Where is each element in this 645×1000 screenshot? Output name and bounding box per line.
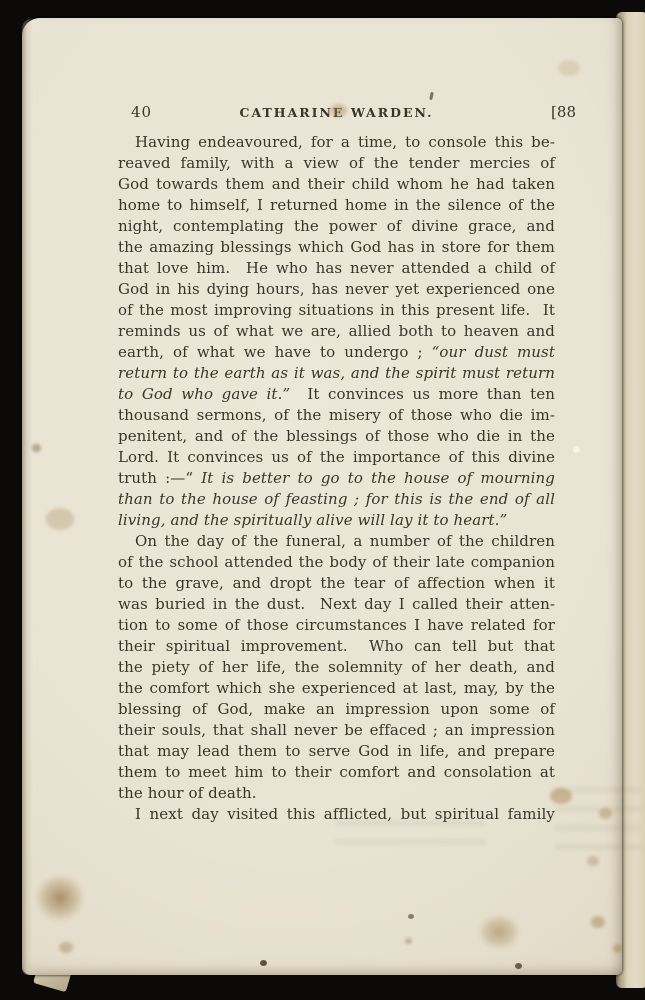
body-text-run: was buried in the dust. Next day I calle… <box>118 595 555 613</box>
body-text-run: God in his dying hours, has never yet ex… <box>118 280 555 298</box>
text-line: that may lead them to serve God in life,… <box>118 741 555 762</box>
paragraph: Having endeavoured, for a time, to conso… <box>118 132 555 531</box>
foxing-stain <box>478 914 520 950</box>
text-line: that love him. He who has never attended… <box>118 258 555 279</box>
foxing-stain <box>405 938 412 944</box>
text-line: return to the earth as it was, and the s… <box>118 363 555 384</box>
text-line: living, and the spiritually alive will l… <box>118 510 555 531</box>
text-line: God in his dying hours, has never yet ex… <box>118 279 555 300</box>
body-text-run: to the grave, and dropt the tear of affe… <box>118 574 555 592</box>
foxing-stain <box>558 60 580 76</box>
text-line: their souls, that shall never be effaced… <box>118 720 555 741</box>
show-through-text <box>335 815 485 851</box>
text-line: the piety of her life, the solemnity of … <box>118 657 555 678</box>
body-text-run: truth :—“ <box>118 469 201 487</box>
text-line: On the day of the funeral, a number of t… <box>118 531 555 552</box>
foxing-stain <box>599 808 612 819</box>
foxing-stain <box>46 508 74 530</box>
text-line: blessing of God, make an impression upon… <box>118 699 555 720</box>
body-text-run: reaved family, with a view of the tender… <box>118 154 555 172</box>
text-line: them to meet him to their comfort and co… <box>118 762 555 783</box>
signature-mark: [88 <box>551 103 576 121</box>
text-line: the amazing blessings which God has in s… <box>118 237 555 258</box>
text-line: reminds us of what we are, allied both t… <box>118 321 555 342</box>
text-line: than to the house of feasting ; for this… <box>118 489 555 510</box>
paragraph: On the day of the funeral, a number of t… <box>118 531 555 804</box>
text-line: the hour of death. <box>118 783 555 804</box>
scripture-quote-italic: It is better to go to the house of mourn… <box>201 469 555 487</box>
body-text-run: the amazing blessings which God has in s… <box>118 238 555 256</box>
body-text-run: them to meet him to their comfort and co… <box>118 763 555 781</box>
text-line: of the most improving situations in this… <box>118 300 555 321</box>
foxing-stain <box>330 104 347 117</box>
scripture-quote-italic: return to the earth as it was, and the s… <box>118 364 555 382</box>
body-text-run: reminds us of what we are, allied both t… <box>118 322 555 340</box>
scripture-quote-italic: than to the house of feasting ; for this… <box>118 490 555 508</box>
body-text-run: the piety of her life, the solemnity of … <box>118 658 555 676</box>
ink-speck <box>408 914 414 919</box>
body-text-run: the hour of death. <box>118 784 257 802</box>
foxing-stain <box>587 856 599 866</box>
text-line: tion to some of those circumstances I ha… <box>118 615 555 636</box>
body-text-run: home to himself, I returned home in the … <box>118 196 555 214</box>
body-text-run: of the school attended the body of their… <box>118 553 555 571</box>
text-line: thousand sermons, of the misery of those… <box>118 405 555 426</box>
text-line: their spiritual improvement. Who can tel… <box>118 636 555 657</box>
text-line: earth, of what we have to undergo ; “our… <box>118 342 555 363</box>
foxing-stain <box>35 874 85 922</box>
scripture-quote-italic: to God who gave it.” <box>118 385 290 403</box>
page-body-text: Having endeavoured, for a time, to conso… <box>118 132 555 825</box>
body-text-run: that may lead them to serve God in life,… <box>118 742 555 760</box>
text-line: was buried in the dust. Next day I calle… <box>118 594 555 615</box>
body-text-run: God towards them and their child whom he… <box>118 175 555 193</box>
body-text-run: night, contemplating the power of divine… <box>118 217 555 235</box>
foxing-stain <box>613 944 623 953</box>
paper-hole-speck <box>573 446 580 453</box>
text-line: penitent, and of the blessings of those … <box>118 426 555 447</box>
body-text-run: thousand sermons, of the misery of those… <box>118 406 555 424</box>
text-line: truth :—“ It is better to go to the hous… <box>118 468 555 489</box>
foxing-stain <box>550 788 572 804</box>
page-edge-highlight <box>22 18 33 975</box>
ink-speck <box>260 960 267 966</box>
body-text-run: Lord. It convinces us of the importance … <box>118 448 555 466</box>
scripture-quote-italic: “our dust must <box>432 343 555 361</box>
body-text-run: their souls, that shall never be effaced… <box>118 721 555 739</box>
body-text-run: the comfort which she experienced at las… <box>118 679 555 697</box>
text-line: Lord. It convinces us of the importance … <box>118 447 555 468</box>
body-text-run: of the most improving situations in this… <box>118 301 555 319</box>
text-line: of the school attended the body of their… <box>118 552 555 573</box>
text-line: to God who gave it.” It convinces us mor… <box>118 384 555 405</box>
text-line: night, contemplating the power of divine… <box>118 216 555 237</box>
body-text-run: It convinces us more than ten <box>290 385 555 403</box>
body-text-run: penitent, and of the blessings of those … <box>118 427 555 445</box>
ink-speck <box>429 92 434 100</box>
ink-speck <box>515 963 522 969</box>
foxing-stain <box>591 916 605 928</box>
text-line: God towards them and their child whom he… <box>118 174 555 195</box>
text-line: Having endeavoured, for a time, to conso… <box>118 132 555 153</box>
book-page: 40 CATHARINE WARDEN. [88 Having endeavou… <box>22 18 622 975</box>
text-line: the comfort which she experienced at las… <box>118 678 555 699</box>
text-line: home to himself, I returned home in the … <box>118 195 555 216</box>
text-line: reaved family, with a view of the tender… <box>118 153 555 174</box>
page-header: 40 CATHARINE WARDEN. [88 <box>118 102 576 122</box>
foxing-stain <box>32 444 41 452</box>
text-line: to the grave, and dropt the tear of affe… <box>118 573 555 594</box>
foxing-stain <box>59 942 73 953</box>
body-text-run: On the day of the funeral, a number of t… <box>135 532 555 550</box>
scanned-book-photo: 40 CATHARINE WARDEN. [88 Having endeavou… <box>0 0 645 1000</box>
body-text-run: their spiritual improvement. Who can tel… <box>118 637 555 655</box>
body-text-run: that love him. He who has never attended… <box>118 259 555 277</box>
scripture-quote-italic: living, and the spiritually alive will l… <box>118 511 507 529</box>
body-text-run: Having endeavoured, for a time, to conso… <box>135 133 555 151</box>
body-text-run: blessing of God, make an impression upon… <box>118 700 555 718</box>
body-text-run: tion to some of those circumstances I ha… <box>118 616 555 634</box>
body-text-run: earth, of what we have to undergo ; <box>118 343 432 361</box>
